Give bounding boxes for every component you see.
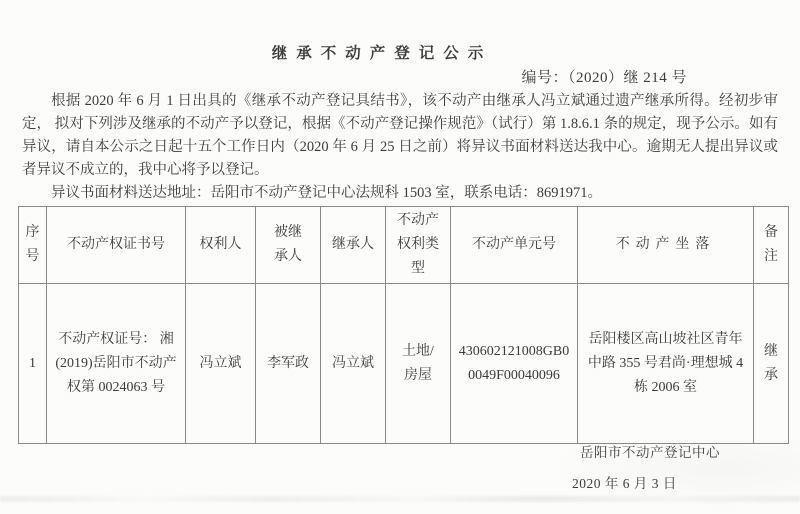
header-unit-no: 不动产单元号 <box>451 207 578 284</box>
cell-unit-no: 430602121008GB0 0049F00040096 <box>451 284 578 444</box>
cell-seq: 1 <box>19 284 47 444</box>
cell-decedent: 李军政 <box>256 284 321 444</box>
cell-cert-no: 不动产权证号： 湘 (2019)岳阳市不动产 权第 0024063 号 <box>47 284 186 444</box>
notice-paragraph: 根据 2020 年 6 月 1 日出具的《继承不动产登记具结书》，该不动产由继承… <box>22 90 778 182</box>
header-remark: 备 注 <box>754 207 789 284</box>
header-seq: 序 号 <box>19 207 47 284</box>
cell-location: 岳阳楼区高山坡社区青年 中路 355 号君尚·理想城 4 栋 2006 室 <box>578 284 754 444</box>
table-header-row: 序 号 不动产权证书号 权利人 被继 承人 继承人 不动产 权利类 型 不动产单… <box>19 207 789 284</box>
notice-document-page: 继承不动产登记公示 编号：（2020）继 214 号 根据 2020 年 6 月… <box>0 0 800 514</box>
objection-address-line: 异议书面材料送达地址：岳阳市不动产登记中心法规科 1503 室，联系电话：869… <box>22 182 778 205</box>
header-decedent: 被继 承人 <box>256 207 321 284</box>
cell-remark: 继承 <box>754 284 789 444</box>
cell-heir: 冯立斌 <box>321 284 386 444</box>
header-cert-no: 不动产权证书号 <box>47 207 186 284</box>
notice-body: 根据 2020 年 6 月 1 日出具的《继承不动产登记具结书》，该不动产由继承… <box>22 90 778 205</box>
header-location: 不动产坐落 <box>578 207 754 284</box>
property-table-container: 序 号 不动产权证书号 权利人 被继 承人 继承人 不动产 权利类 型 不动产单… <box>18 206 789 444</box>
scan-noise-band <box>0 496 800 502</box>
table-row: 1 不动产权证号： 湘 (2019)岳阳市不动产 权第 0024063 号 冯立… <box>19 284 789 444</box>
page-title: 继承不动产登记公示 <box>0 41 764 63</box>
header-holder: 权利人 <box>186 207 256 284</box>
header-right-type: 不动产 权利类 型 <box>386 207 451 284</box>
property-table: 序 号 不动产权证书号 权利人 被继 承人 继承人 不动产 权利类 型 不动产单… <box>18 206 789 444</box>
header-heir: 继承人 <box>321 207 386 284</box>
cell-right-type: 土地/ 房屋 <box>386 284 451 444</box>
cell-holder: 冯立斌 <box>186 284 256 444</box>
doc-number: 编号：（2020）继 214 号 <box>521 66 687 87</box>
